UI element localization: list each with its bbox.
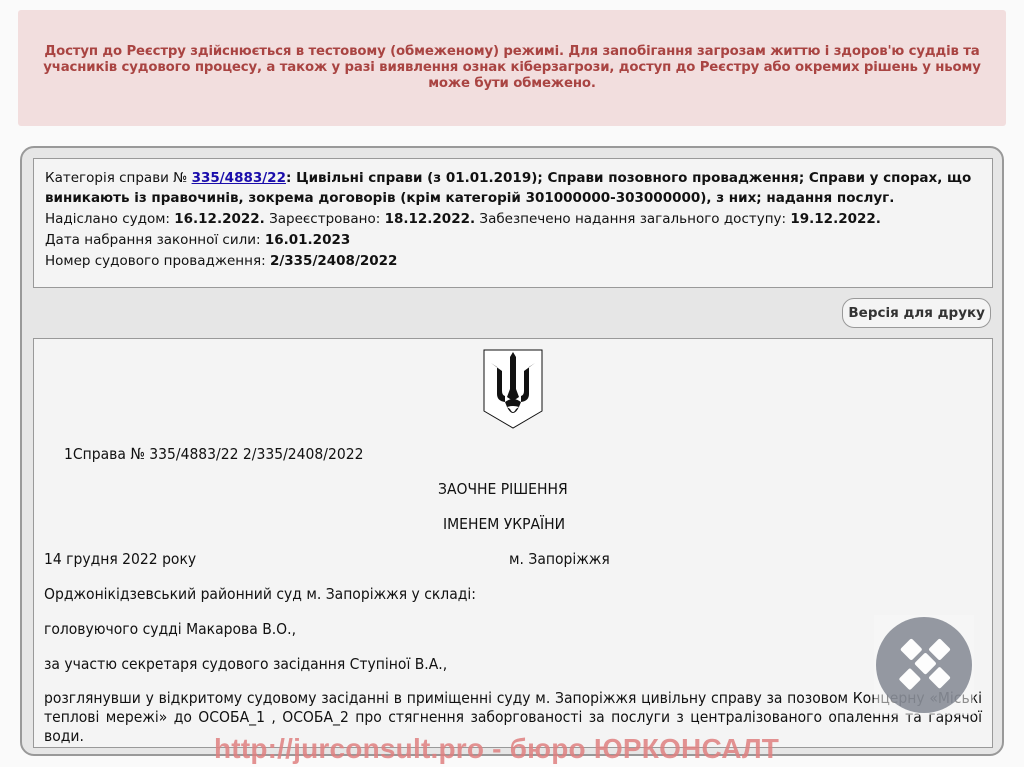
case-info-box: Категорія справи № 335/4883/22: Цивільні… [33,158,993,288]
decision-document: 1Справа № 335/4883/22 2/335/2408/2022 ЗА… [33,338,993,748]
court-secretary: за участю секретаря судового засідання С… [44,655,447,673]
puzzle-badge-icon [874,615,974,715]
proceeding-number: Номер судового провадження: 2/335/2408/2… [45,251,981,272]
ukraine-coat-of-arms-icon [483,349,543,429]
alert-text: Доступ до Реєстру здійснюється в тестово… [34,44,990,92]
decision-title: ЗАОЧНЕ РІШЕННЯ [438,480,568,498]
print-version-button[interactable]: Версія для друку [842,298,991,328]
court-composition: Орджонікідзевський районний суд м. Запор… [44,585,476,603]
case-category: Категорія справи № 335/4883/22: Цивільні… [45,168,981,208]
decision-city: м. Запоріжжя [509,550,610,568]
case-number-link[interactable]: 335/4883/22 [192,170,286,186]
presiding-judge: головуючого судді Макарова В.О., [44,620,296,638]
decision-panel: Категорія справи № 335/4883/22: Цивільні… [20,146,1004,756]
watermark-text: http://jurconsult.pro - бюро ЮРКОНСАЛТ [214,733,779,765]
case-number-line: 1Справа № 335/4883/22 2/335/2408/2022 [64,445,363,463]
effective-date: Дата набрання законної сили: 16.01.2023 [45,230,981,251]
decision-date: 14 грудня 2022 року [44,550,196,568]
decision-subtitle: ІМЕНЕМ УКРАЇНИ [443,515,565,533]
case-dates: Надіслано судом: 16.12.2022. Зареєстрова… [45,209,981,230]
test-mode-alert: Доступ до Реєстру здійснюється в тестово… [18,10,1006,126]
